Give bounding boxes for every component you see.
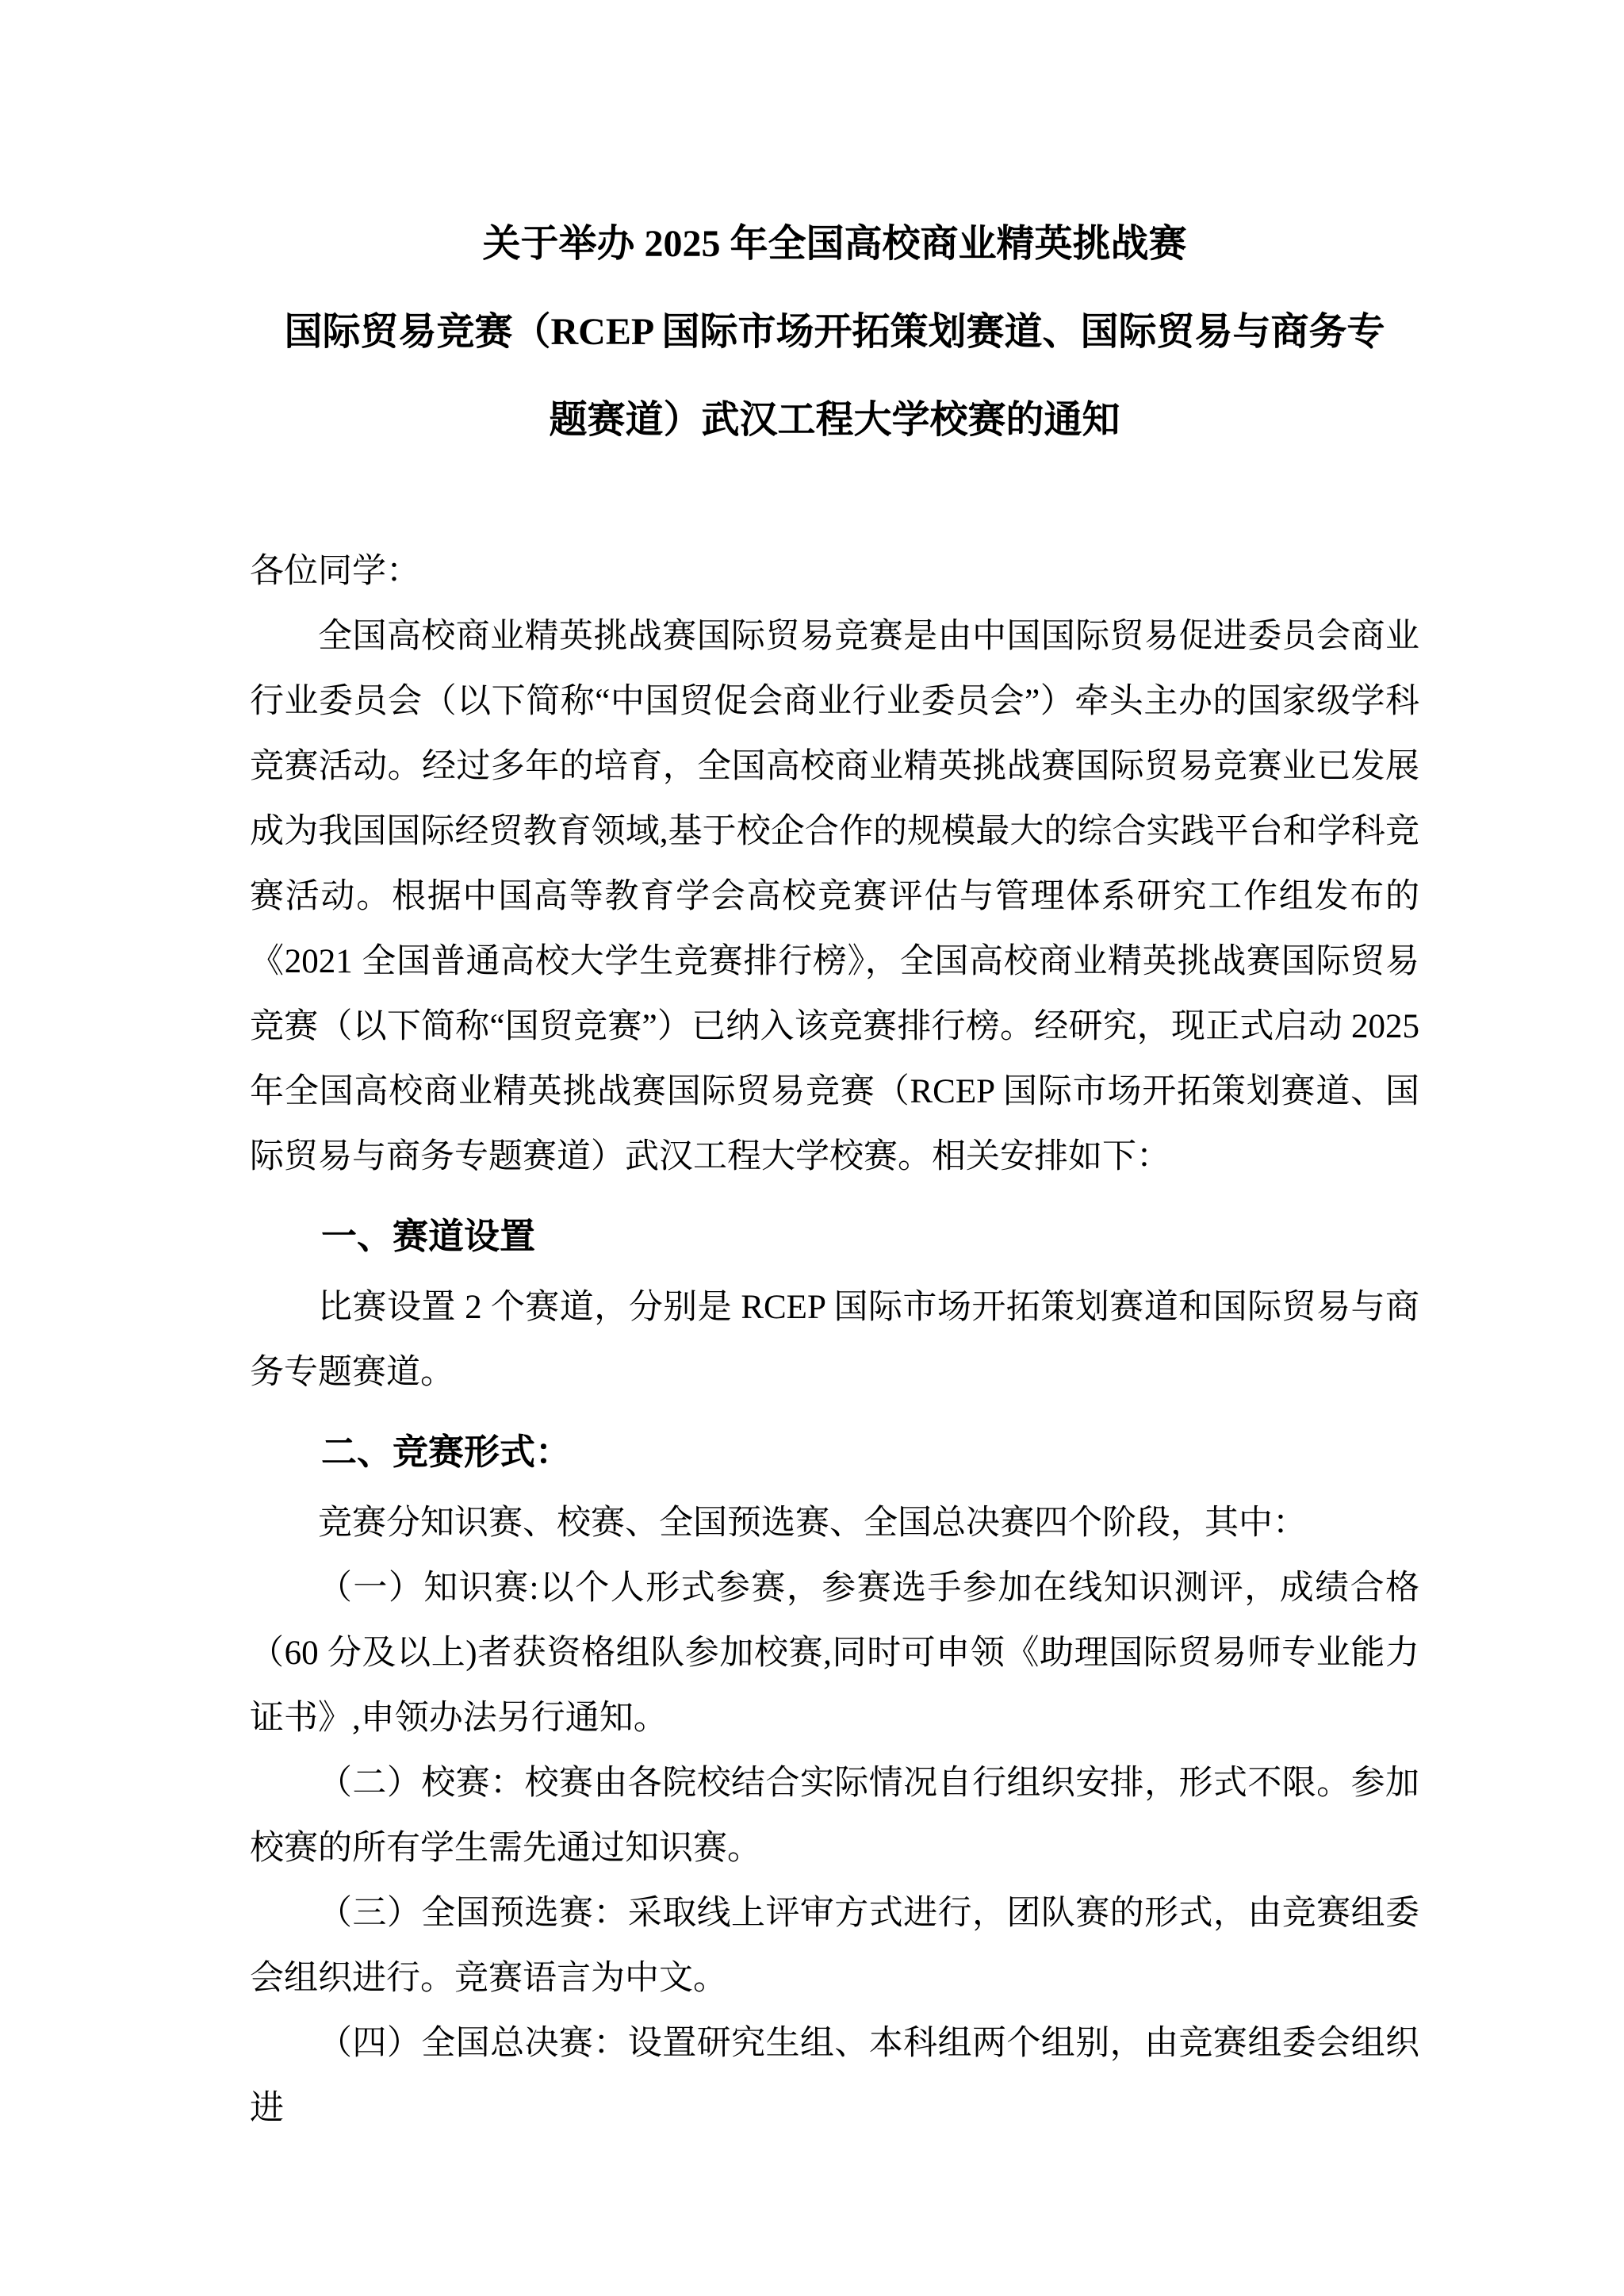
notice-title-line-1: 关于举办 2025 年全国高校商业精英挑战赛 [250, 200, 1419, 288]
section-2-heading: 二、竞赛形式： [250, 1420, 1419, 1485]
section-2-stages-intro-paragraph: 竞赛分知识赛、校赛、全国预选赛、全国总决赛四个阶段，其中： [250, 1491, 1419, 1556]
stage-2-school-round-paragraph: （二）校赛：校赛由各院校结合实际情况自行组织安排，形式不限。参加校赛的所有学生需… [250, 1751, 1419, 1881]
notice-title: 关于举办 2025 年全国高校商业精英挑战赛 国际贸易竞赛（RCEP 国际市场开… [250, 200, 1419, 464]
section-1-heading: 一、赛道设置 [250, 1204, 1419, 1269]
stage-1-knowledge-round-paragraph: （一）知识赛:以个人形式参赛，参赛选手参加在线知识测评，成绩合格（60 分及以上… [250, 1556, 1419, 1751]
salutation: 各位同学： [250, 539, 1419, 604]
stage-3-national-preliminary-paragraph: （三）全国预选赛：采取线上评审方式进行，团队赛的形式，由竞赛组委会组织进行。竞赛… [250, 1881, 1419, 2011]
intro-paragraph: 全国高校商业精英挑战赛国际贸易竞赛是由中国国际贸易促进委员会商业行业委员会（以下… [250, 604, 1419, 1190]
notice-title-line-3: 题赛道）武汉工程大学校赛的通知 [250, 376, 1419, 464]
stage-4-national-final-paragraph: （四）全国总决赛：设置研究生组、本科组两个组别，由竞赛组委会组织进 [250, 2011, 1419, 2141]
section-1-tracks-paragraph: 比赛设置 2 个赛道，分别是 RCEP 国际市场开拓策划赛道和国际贸易与商务专题… [250, 1275, 1419, 1405]
notice-document-page: 关于举办 2025 年全国高校商业精英挑战赛 国际贸易竞赛（RCEP 国际市场开… [0, 0, 1624, 2296]
notice-title-line-2: 国际贸易竞赛（RCEP 国际市场开拓策划赛道、国际贸易与商务专 [250, 288, 1419, 376]
